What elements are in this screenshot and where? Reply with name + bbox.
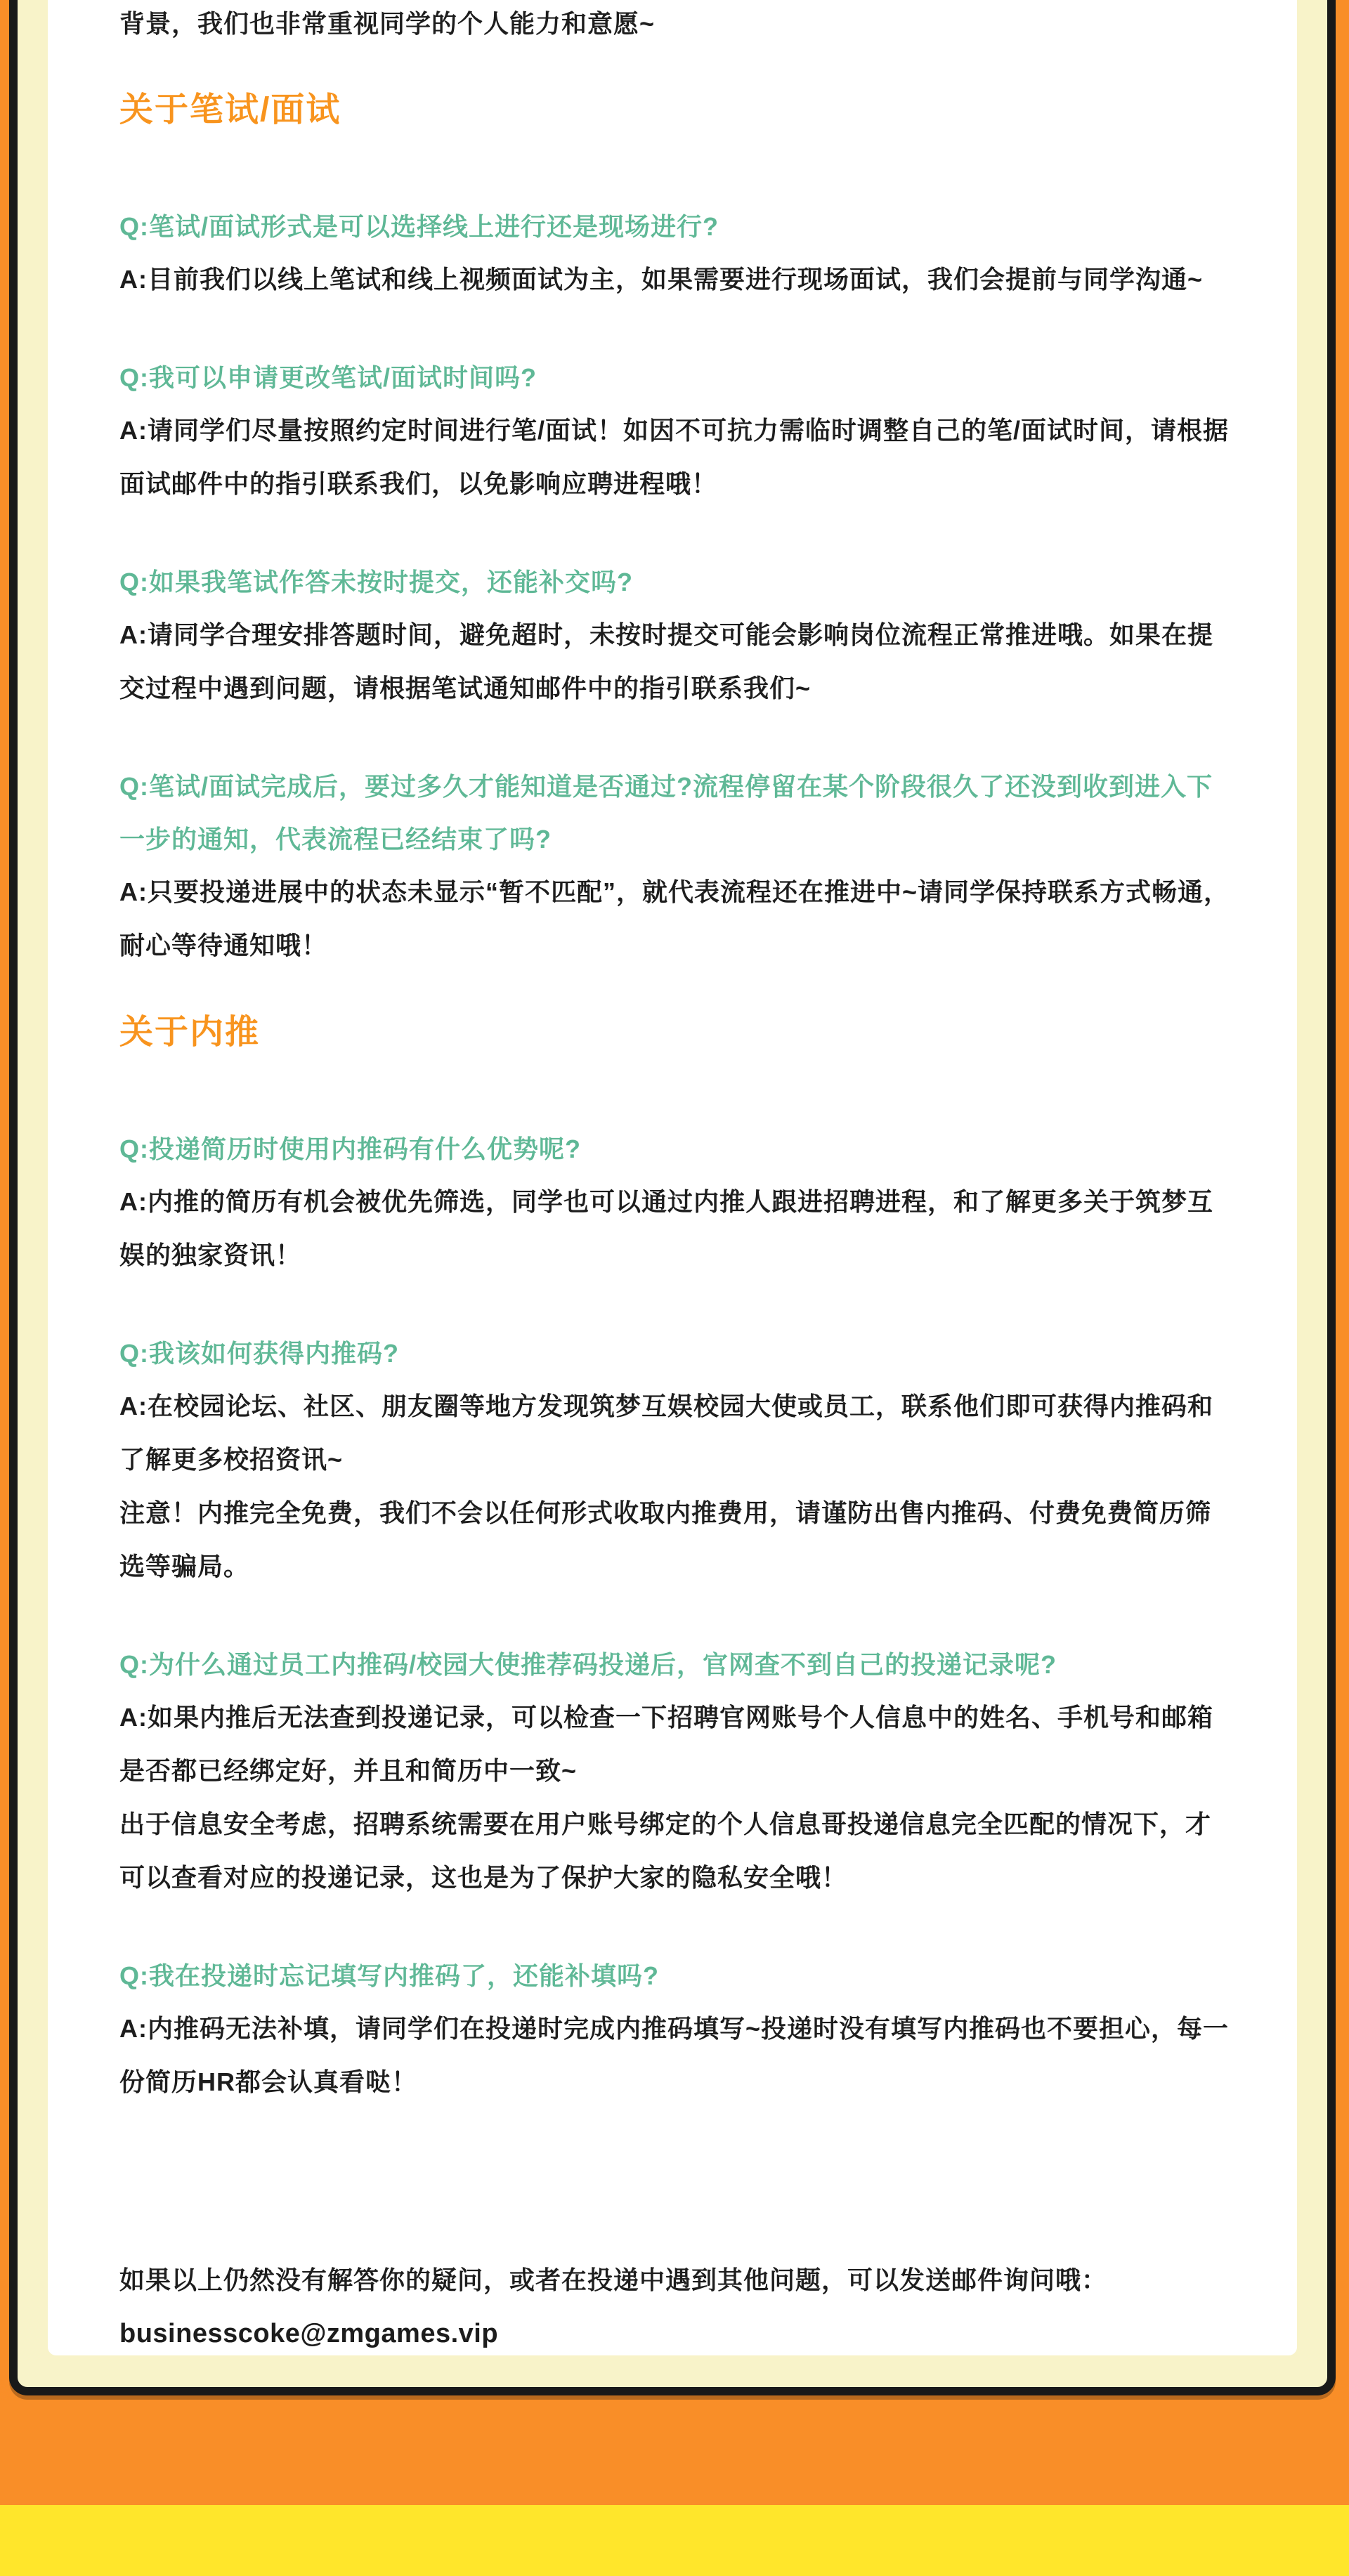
answer-paragraph: A:在校园论坛、社区、朋友圈等地方发现筑梦互娱校园大使或员工，联系他们即可获得内… bbox=[119, 1380, 1236, 1486]
answer-paragraph: A:内推的简历有机会被优先筛选，同学也可以通过内推人跟进招聘进程，和了解更多关于… bbox=[119, 1175, 1236, 1282]
qa-item: Q:笔试/面试完成后，要过多久才能知道是否通过?流程停留在某个阶段很久了还没到收… bbox=[119, 760, 1236, 972]
contact-email: businesscoke@zmgames.vip bbox=[119, 2307, 1236, 2355]
question-text: Q:我可以申请更改笔试/面试时间吗? bbox=[119, 351, 1236, 404]
qa-item: Q:如果我笔试作答未按时提交，还能补交吗?A:请同学合理安排答题时间，避免超时，… bbox=[119, 556, 1236, 715]
question-text: Q:如果我笔试作答未按时提交，还能补交吗? bbox=[119, 556, 1236, 608]
section-title: 关于内推 bbox=[119, 1012, 1236, 1054]
answer-paragraph: 出于信息安全考虑，招聘系统需要在用户账号绑定的个人信息哥投递信息完全匹配的情况下… bbox=[119, 1798, 1236, 1904]
question-text: Q:为什么通过员工内推码/校园大使推荐码投递后，官网查不到自己的投递记录呢? bbox=[119, 1638, 1236, 1691]
question-text: Q:投递简历时使用内推码有什么优势呢? bbox=[119, 1123, 1236, 1175]
intro-tail-text: 背景，我们也非常重视同学的个人能力和意愿~ bbox=[119, 0, 1236, 50]
faq-card: 背景，我们也非常重视同学的个人能力和意愿~ 关于笔试/面试Q:笔试/面试形式是可… bbox=[9, 0, 1336, 2395]
answer-paragraph: A:如果内推后无法查到投递记录，可以检查一下招聘官网账号个人信息中的姓名、手机号… bbox=[119, 1691, 1236, 1798]
answer-paragraph: A:目前我们以线上笔试和线上视频面试为主，如果需要进行现场面试，我们会提前与同学… bbox=[119, 253, 1236, 306]
contact-footer: 如果以上仍然没有解答你的疑问，或者在投递中遇到其他问题，可以发送邮件询问哦： b… bbox=[119, 2253, 1236, 2355]
qa-list: Q:投递简历时使用内推码有什么优势呢?A:内推的简历有机会被优先筛选，同学也可以… bbox=[119, 1123, 1236, 2109]
qa-item: Q:笔试/面试形式是可以选择线上进行还是现场进行?A:目前我们以线上笔试和线上视… bbox=[119, 200, 1236, 306]
question-text: Q:我在投递时忘记填写内推码了，还能补填吗? bbox=[119, 1949, 1236, 2002]
qa-item: Q:为什么通过员工内推码/校园大使推荐码投递后，官网查不到自己的投递记录呢?A:… bbox=[119, 1638, 1236, 1904]
answer-paragraph: A:只要投递进展中的状态未显示“暂不匹配”，就代表流程还在推进中~请同学保持联系… bbox=[119, 865, 1236, 972]
question-text: Q:我该如何获得内推码? bbox=[119, 1327, 1236, 1380]
answer-paragraph: A:请同学合理安排答题时间，避免超时，未按时提交可能会影响岗位流程正常推进哦。如… bbox=[119, 608, 1236, 715]
qa-item: Q:我在投递时忘记填写内推码了，还能补填吗?A:内推码无法补填，请同学们在投递时… bbox=[119, 1949, 1236, 2109]
faq-section: 关于笔试/面试Q:笔试/面试形式是可以选择线上进行还是现场进行?A:目前我们以线… bbox=[119, 89, 1236, 972]
faq-section: 关于内推Q:投递简历时使用内推码有什么优势呢?A:内推的简历有机会被优先筛选，同… bbox=[119, 1012, 1236, 2109]
section-title: 关于笔试/面试 bbox=[119, 89, 1236, 131]
bottom-yellow-strip bbox=[0, 2505, 1349, 2576]
answer-paragraph: A:请同学们尽量按照约定时间进行笔/面试！如因不可抗力需临时调整自己的笔/面试时… bbox=[119, 404, 1236, 511]
question-text: Q:笔试/面试形式是可以选择线上进行还是现场进行? bbox=[119, 200, 1236, 253]
qa-item: Q:投递简历时使用内推码有什么优势呢?A:内推的简历有机会被优先筛选，同学也可以… bbox=[119, 1123, 1236, 1282]
qa-item: Q:我该如何获得内推码?A:在校园论坛、社区、朋友圈等地方发现筑梦互娱校园大使或… bbox=[119, 1327, 1236, 1593]
qa-list: Q:笔试/面试形式是可以选择线上进行还是现场进行?A:目前我们以线上笔试和线上视… bbox=[119, 200, 1236, 972]
qa-item: Q:我可以申请更改笔试/面试时间吗?A:请同学们尽量按照约定时间进行笔/面试！如… bbox=[119, 351, 1236, 511]
question-text: Q:笔试/面试完成后，要过多久才能知道是否通过?流程停留在某个阶段很久了还没到收… bbox=[119, 760, 1236, 865]
answer-paragraph: A:内推码无法补填，请同学们在投递时完成内推码填写~投递时没有填写内推码也不要担… bbox=[119, 2002, 1236, 2109]
answer-paragraph: 注意！内推完全免费，我们不会以任何形式收取内推费用，请谨防出售内推码、付费免费简… bbox=[119, 1486, 1236, 1593]
faq-content-panel: 背景，我们也非常重视同学的个人能力和意愿~ 关于笔试/面试Q:笔试/面试形式是可… bbox=[48, 0, 1297, 2355]
faq-sections: 关于笔试/面试Q:笔试/面试形式是可以选择线上进行还是现场进行?A:目前我们以线… bbox=[119, 89, 1236, 2109]
contact-line: 如果以上仍然没有解答你的疑问，或者在投递中遇到其他问题，可以发送邮件询问哦： bbox=[119, 2253, 1236, 2307]
faq-page: { "colors": { "page_yellow": "#FFE62B", … bbox=[0, 0, 1349, 2576]
